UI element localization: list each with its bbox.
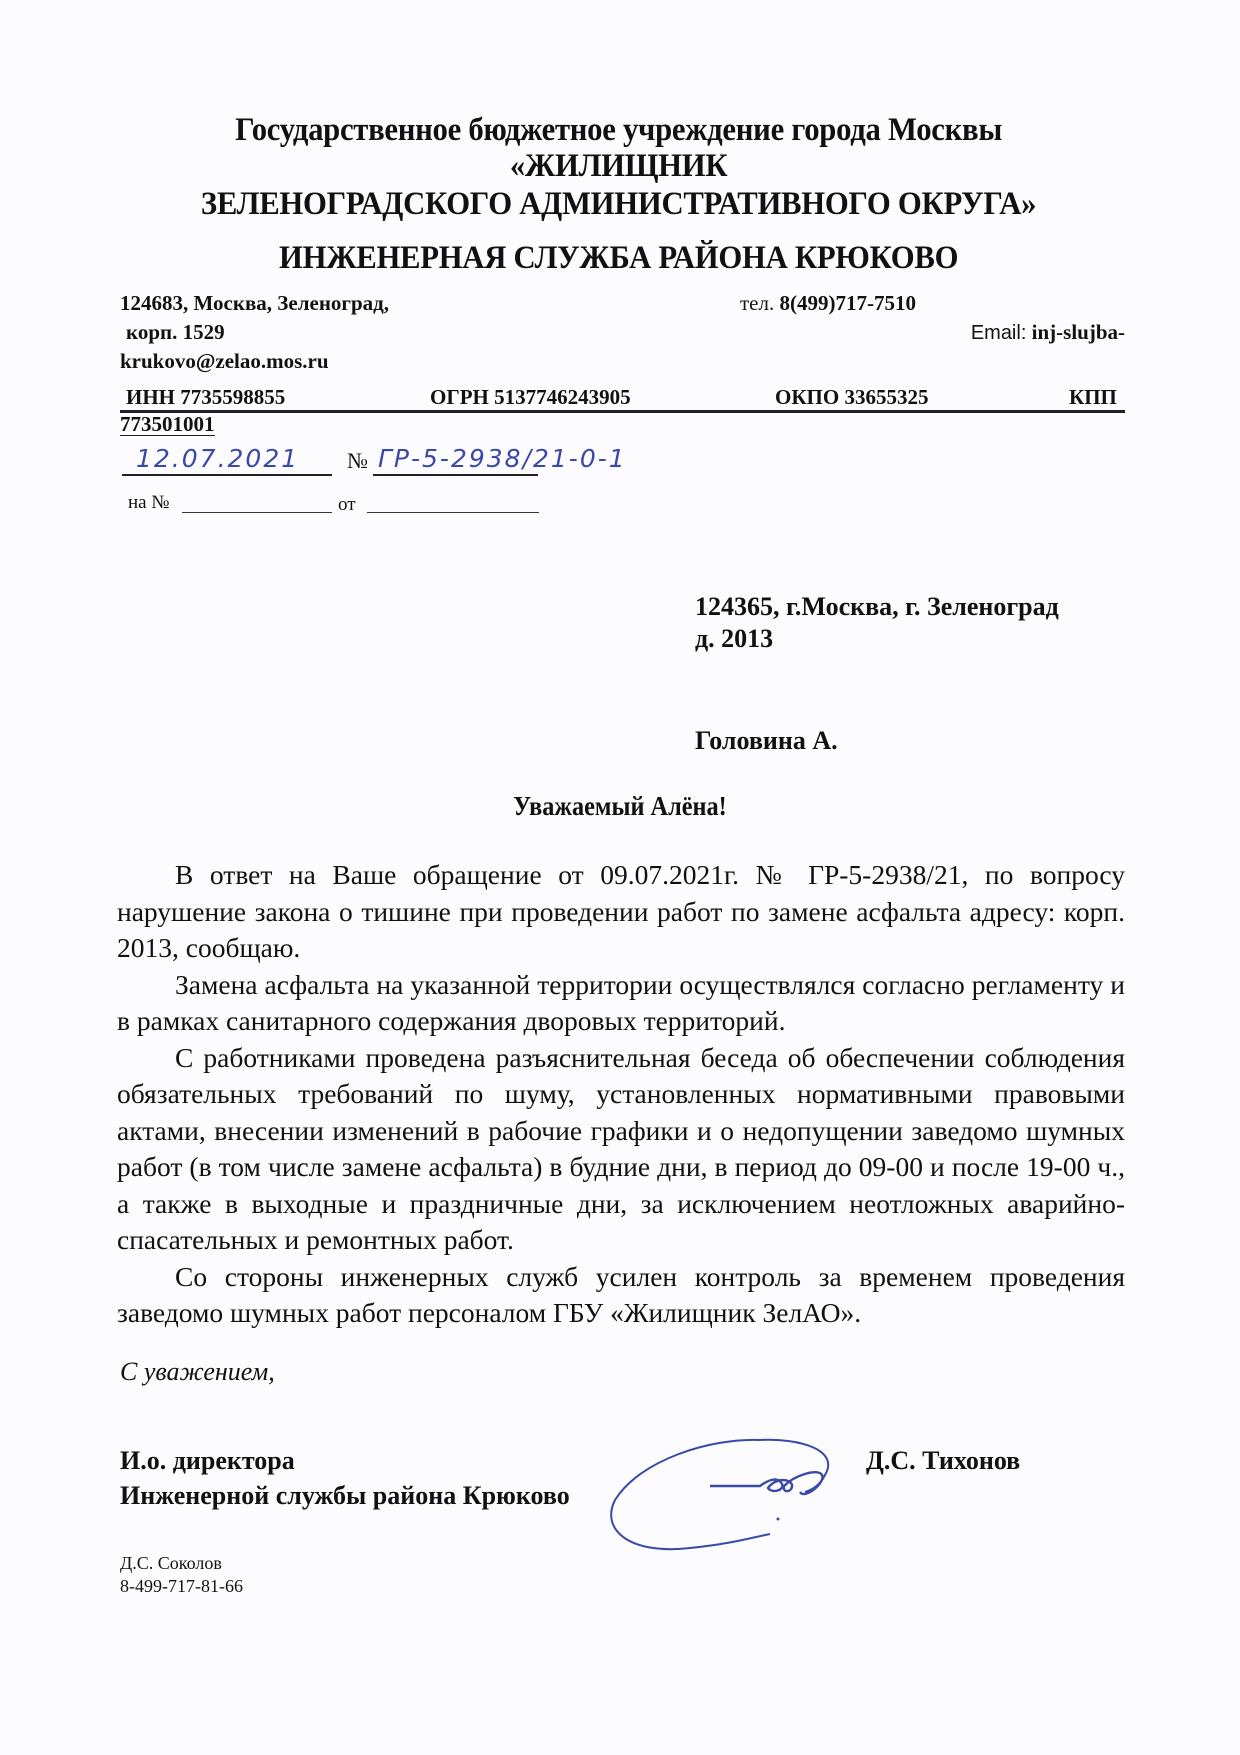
recipient-address-line1: 124365, г.Москва, г. Зеленоград [695, 592, 1059, 622]
phone-label: тел. [740, 291, 774, 315]
body-paragraph: С работниками проведена разъяснительная … [117, 1040, 1125, 1259]
number-label: № [347, 448, 368, 474]
sender-address-line1: 124683, Москва, Зеленоград, [120, 291, 389, 316]
phone-number: 8(499)717-7510 [779, 291, 915, 315]
executor-name: Д.С. Соколов [120, 1553, 222, 1574]
registration-number: ГР-5-2938/21-0-1 [378, 444, 627, 473]
org-name-line3: ЗЕЛЕНОГРАДСКОГО АДМИНИСТРАТИВНОГО ОКРУГА… [42, 186, 1195, 223]
kpp-value: 773501001 [120, 413, 215, 436]
ogrn: ОГРН 5137746243905 [430, 385, 631, 410]
email-label: Email: [971, 322, 1027, 344]
signer-name: Д.С. Тихонов [866, 1446, 1020, 1476]
number-underline [373, 474, 538, 476]
body-paragraph: Замена асфальта на указанной территории … [117, 967, 1125, 1040]
sender-email: Email: inj-slujba- [971, 320, 1125, 345]
body-paragraph: В ответ на Ваше обращение от 09.07.2021г… [117, 857, 1125, 967]
closing-phrase: С уважением, [120, 1357, 275, 1387]
ref-date-field[interactable] [367, 512, 539, 513]
ref-number-field[interactable] [182, 512, 332, 513]
greeting: Уважаемый Алёна! [62, 791, 1178, 822]
org-name-line1: Государственное бюджетное учреждение гор… [42, 112, 1195, 149]
recipient-address-line2: д. 2013 [695, 624, 773, 654]
handwritten-signature-icon [600, 1430, 880, 1560]
date-underline [122, 474, 332, 476]
signer-title-line2: Инженерной службы района Крюково [120, 1481, 570, 1511]
ref-number-label: на № [128, 492, 169, 514]
ref-date-label: от [338, 494, 356, 516]
sender-phone: тел. 8(499)717-7510 [740, 291, 916, 316]
sender-email-continuation: krukovo@zelao.mos.ru [120, 349, 329, 374]
signer-title-line1: И.о. директора [120, 1446, 295, 1476]
letter-body: В ответ на Ваше обращение от 09.07.2021г… [117, 857, 1125, 1332]
registration-date: 12.07.2021 [136, 444, 299, 473]
email-value: inj-slujba- [1032, 320, 1125, 344]
department-name: ИНЖЕНЕРНАЯ СЛУЖБА РАЙОНА КРЮКОВО [42, 240, 1195, 277]
body-paragraph: Со стороны инженерных служб усилен контр… [117, 1259, 1125, 1332]
inn: ИНН 7735598855 [126, 385, 285, 410]
sender-address-line2: корп. 1529 [126, 320, 225, 345]
org-name-line2: «ЖИЛИЩНИК [42, 148, 1195, 185]
executor-phone: 8-499-717-81-66 [120, 1576, 243, 1597]
kpp-label: КПП [1069, 385, 1117, 410]
recipient-name: Головина А. [695, 726, 838, 756]
requisites-divider [120, 410, 1125, 413]
okpo: ОКПО 33655325 [775, 385, 928, 410]
